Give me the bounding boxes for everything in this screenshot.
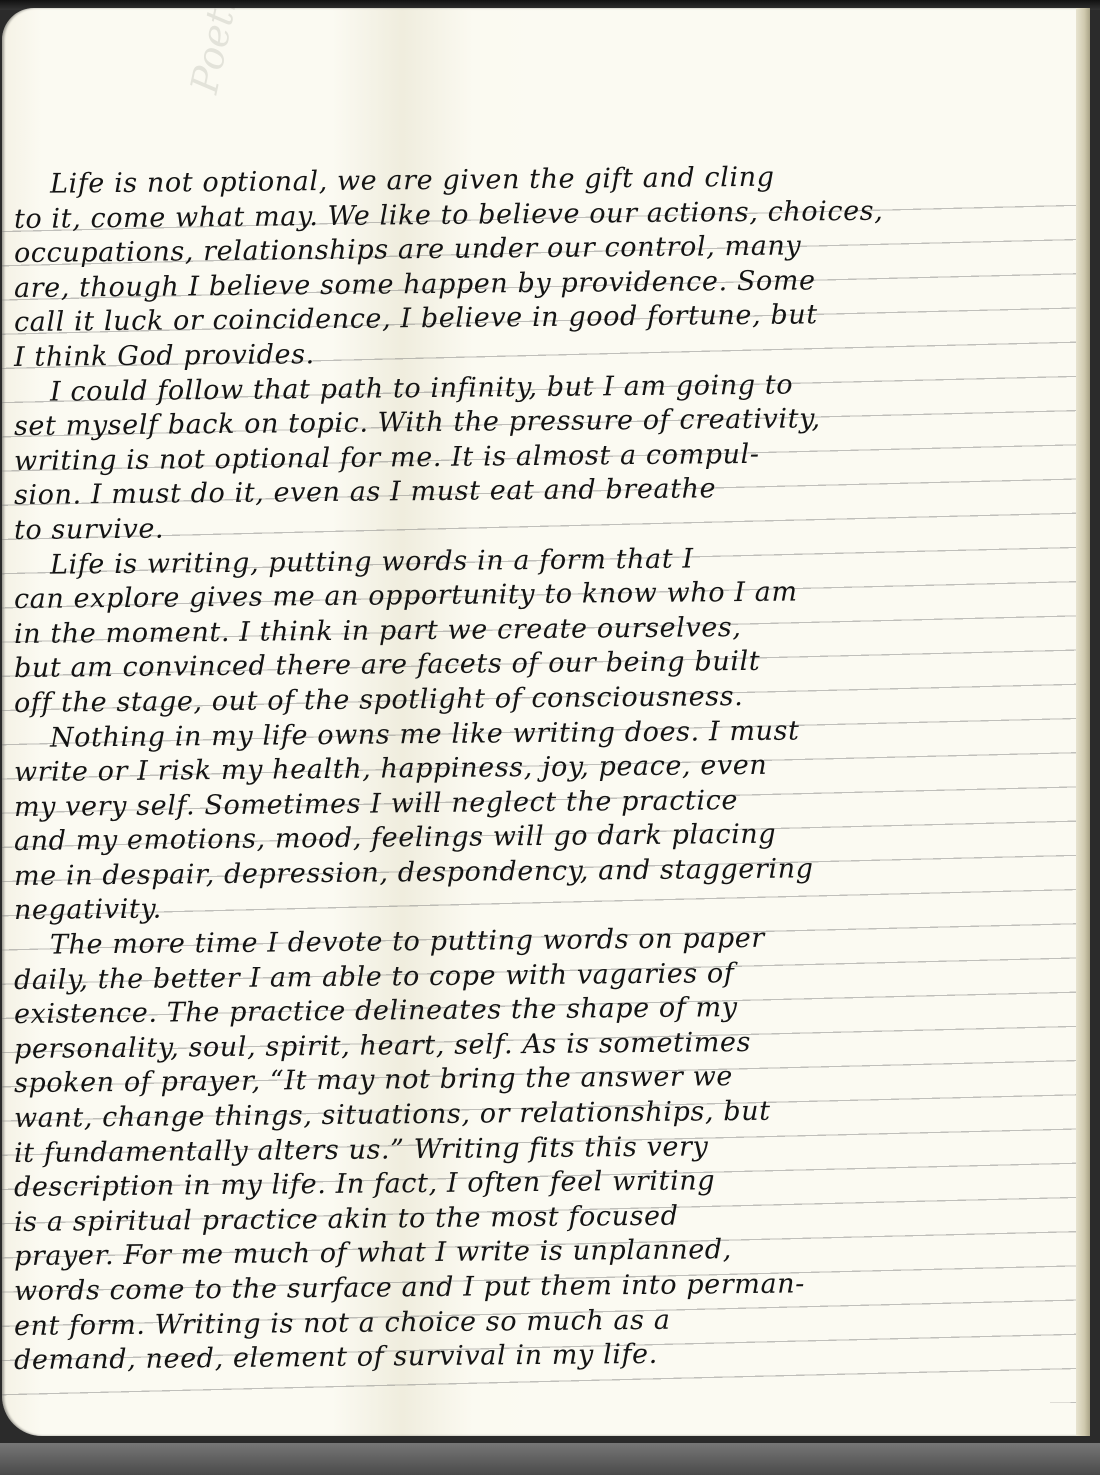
scanned-page: Poetry Plane Life is not optional, we ar… bbox=[0, 0, 1100, 1475]
page-binding-edge bbox=[1076, 8, 1090, 1436]
handwritten-text: Life is not optional, we are given the g… bbox=[14, 168, 1074, 1379]
scan-bottom-border bbox=[0, 1443, 1100, 1475]
bleed-through-text: Poetry Plane bbox=[182, 8, 276, 97]
notebook-page: Poetry Plane Life is not optional, we ar… bbox=[2, 8, 1090, 1436]
